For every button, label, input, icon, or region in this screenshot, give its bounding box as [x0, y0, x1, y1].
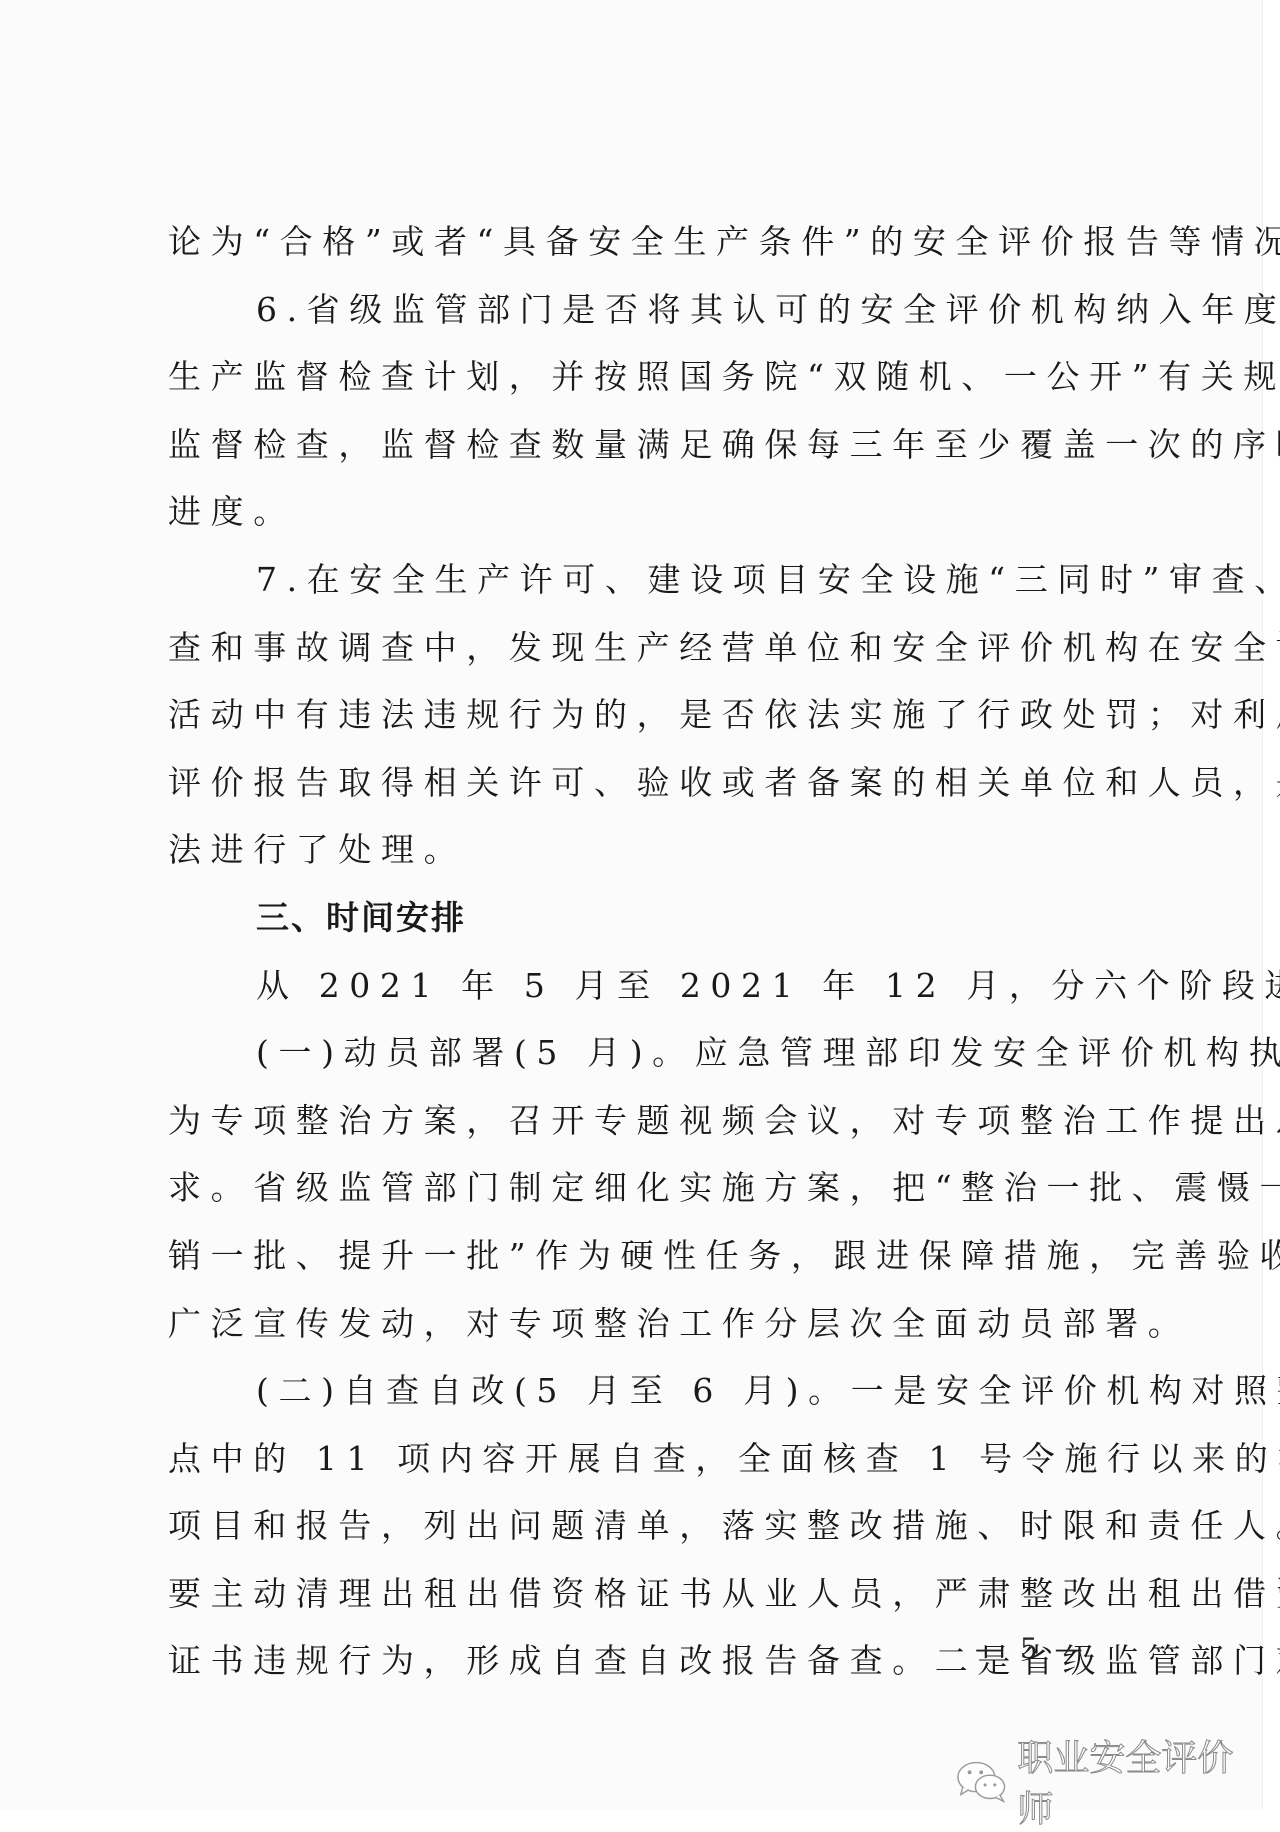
text-line: 查和事故调查中，发现生产经营单位和安全评价机构在安全评价 — [168, 614, 1116, 682]
text-line: 为专项整治方案，召开专题视频会议，对专项整治工作提出总体要 — [168, 1087, 1116, 1155]
section-heading: 三、时间安排 — [168, 884, 1116, 952]
text-line: 要主动清理出租出借资格证书从业人员，严肃整改出租出借资质 — [168, 1560, 1116, 1628]
text-line: (二)自查自改(5 月至 6 月)。一是安全评价机构对照整治重 — [168, 1357, 1116, 1425]
text-line: 法进行了处理。 — [168, 816, 1116, 884]
text-line: (一)动员部署(5 月)。应急管理部印发安全评价机构执业行 — [168, 1019, 1116, 1087]
text-line: 评价报告取得相关许可、验收或者备案的相关单位和人员，是否依 — [168, 749, 1116, 817]
text-line: 生产监督检查计划，并按照国务院“双随机、一公开”有关规定实施 — [168, 343, 1116, 411]
text-line: 广泛宣传发动，对专项整治工作分层次全面动员部署。 — [168, 1290, 1116, 1358]
text-line: 求。省级监管部门制定细化实施方案，把“整治一批、震慑一批、吊 — [168, 1154, 1116, 1222]
text-line: 活动中有违法违规行为的，是否依法实施了行政处罚；对利用虚假 — [168, 681, 1116, 749]
text-line: 进度。 — [168, 478, 1116, 546]
text-line: 6.省级监管部门是否将其认可的安全评价机构纳入年度安全 — [168, 276, 1116, 344]
text-line: 项目和报告，列出问题清单，落实整改措施、时限和责任人。期间 — [168, 1492, 1116, 1560]
document-body: 论为“合格”或者“具备安全生产条件”的安全评价报告等情况。 6.省级监管部门是否… — [168, 208, 1116, 1695]
text-line: 7.在安全生产许可、建设项目安全设施“三同时”审查、监督检 — [168, 546, 1116, 614]
page-number: — 5 — — [975, 1632, 1087, 1665]
wechat-icon — [955, 1757, 1009, 1805]
document-page: 论为“合格”或者“具备安全生产条件”的安全评价报告等情况。 6.省级监管部门是否… — [0, 0, 1263, 1810]
watermark: 职业安全评价师 — [955, 1730, 1262, 1810]
text-line: 从 2021 年 5 月至 2021 年 12 月，分六个阶段进行。 — [168, 952, 1116, 1020]
text-line: 论为“合格”或者“具备安全生产条件”的安全评价报告等情况。 — [168, 208, 1116, 276]
watermark-text: 职业安全评价师 — [1017, 1730, 1262, 1810]
text-line: 监督检查，监督检查数量满足确保每三年至少覆盖一次的序时 — [168, 411, 1116, 479]
text-line: 销一批、提升一批”作为硬性任务，跟进保障措施，完善验收办法， — [168, 1222, 1116, 1290]
text-line: 点中的 11 项内容开展自查，全面核查 1 号令施行以来的法定评价 — [168, 1425, 1116, 1493]
text-line: 证书违规行为，形成自查自改报告备查。二是省级监管部门对照 — [168, 1627, 1116, 1695]
